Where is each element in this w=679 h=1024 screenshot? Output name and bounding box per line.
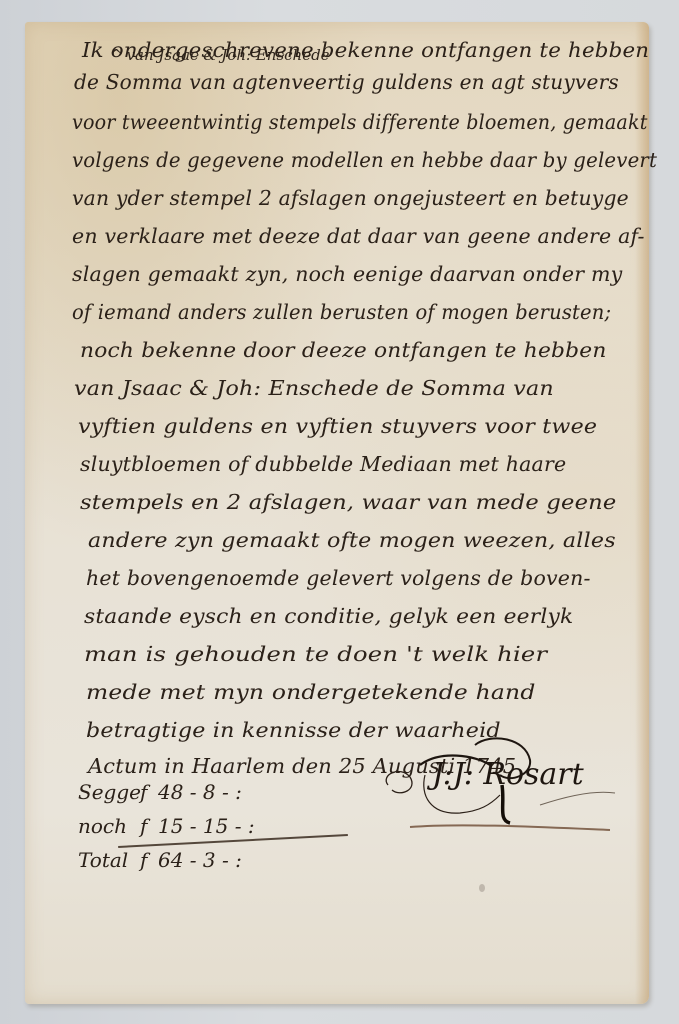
text-line: van Jsaac & Joh: Enschede de Somma van <box>74 376 554 400</box>
text-line: staande eysch en conditie, gelyk een eer… <box>84 604 573 628</box>
text-line: slagen gemaakt zyn, noch eenige daarvan … <box>72 262 622 286</box>
text-line: vyftien guldens en vyftien stuyvers voor… <box>78 414 597 438</box>
account-label: noch <box>78 814 140 838</box>
account-value: 15 - 15 - : <box>158 814 255 838</box>
text-line: noch bekenne door deeze ontfangen te heb… <box>80 338 607 362</box>
florin-sign: f <box>140 814 158 838</box>
text-line: volgens de gegevene modellen en hebbe da… <box>72 148 657 172</box>
signature-block: J:J: Rosart <box>380 735 620 835</box>
account-value: 64 - 3 - : <box>158 848 242 872</box>
account-row-total: Total f 64 - 3 - : <box>78 848 255 882</box>
account-value: 48 - 8 - : <box>158 780 242 804</box>
text-line: voor tweeentwintig stempels differente b… <box>72 110 648 134</box>
florin-sign: f <box>140 848 158 872</box>
florin-sign: f <box>140 780 158 804</box>
account-label: Segge <box>78 780 140 804</box>
text-line: stempels en 2 afslagen, waar van mede ge… <box>80 490 616 514</box>
text-line: Ik ondergeschrevene bekenne ontfangen te… <box>82 38 649 62</box>
text-line: mede met myn ondergetekende hand <box>86 680 536 704</box>
text-line: het bovengenoemde gelevert volgens de bo… <box>86 566 591 590</box>
text-line: andere zyn gemaakt ofte mogen weezen, al… <box>88 528 616 552</box>
account-summary: Segge f 48 - 8 - : noch f 15 - 15 - : To… <box>78 780 255 882</box>
text-line: sluytbloemen of dubbelde Mediaan met haa… <box>80 452 566 476</box>
text-line: man is gehouden te doen 't welk hier <box>84 642 547 666</box>
text-line: en verklaare met deeze dat daar van geen… <box>72 224 645 248</box>
text-line: van yder stempel 2 afslagen ongejusteert… <box>72 186 629 210</box>
text-line: de Somma van agtenveertig guldens en agt… <box>74 70 619 94</box>
signature-name: J:J: Rosart <box>432 757 584 792</box>
paper-spot <box>479 884 485 892</box>
account-label: Total <box>78 848 140 872</box>
text-line: of iemand anders zullen berusten of moge… <box>72 300 611 324</box>
account-row-segge: Segge f 48 - 8 - : <box>78 780 255 814</box>
